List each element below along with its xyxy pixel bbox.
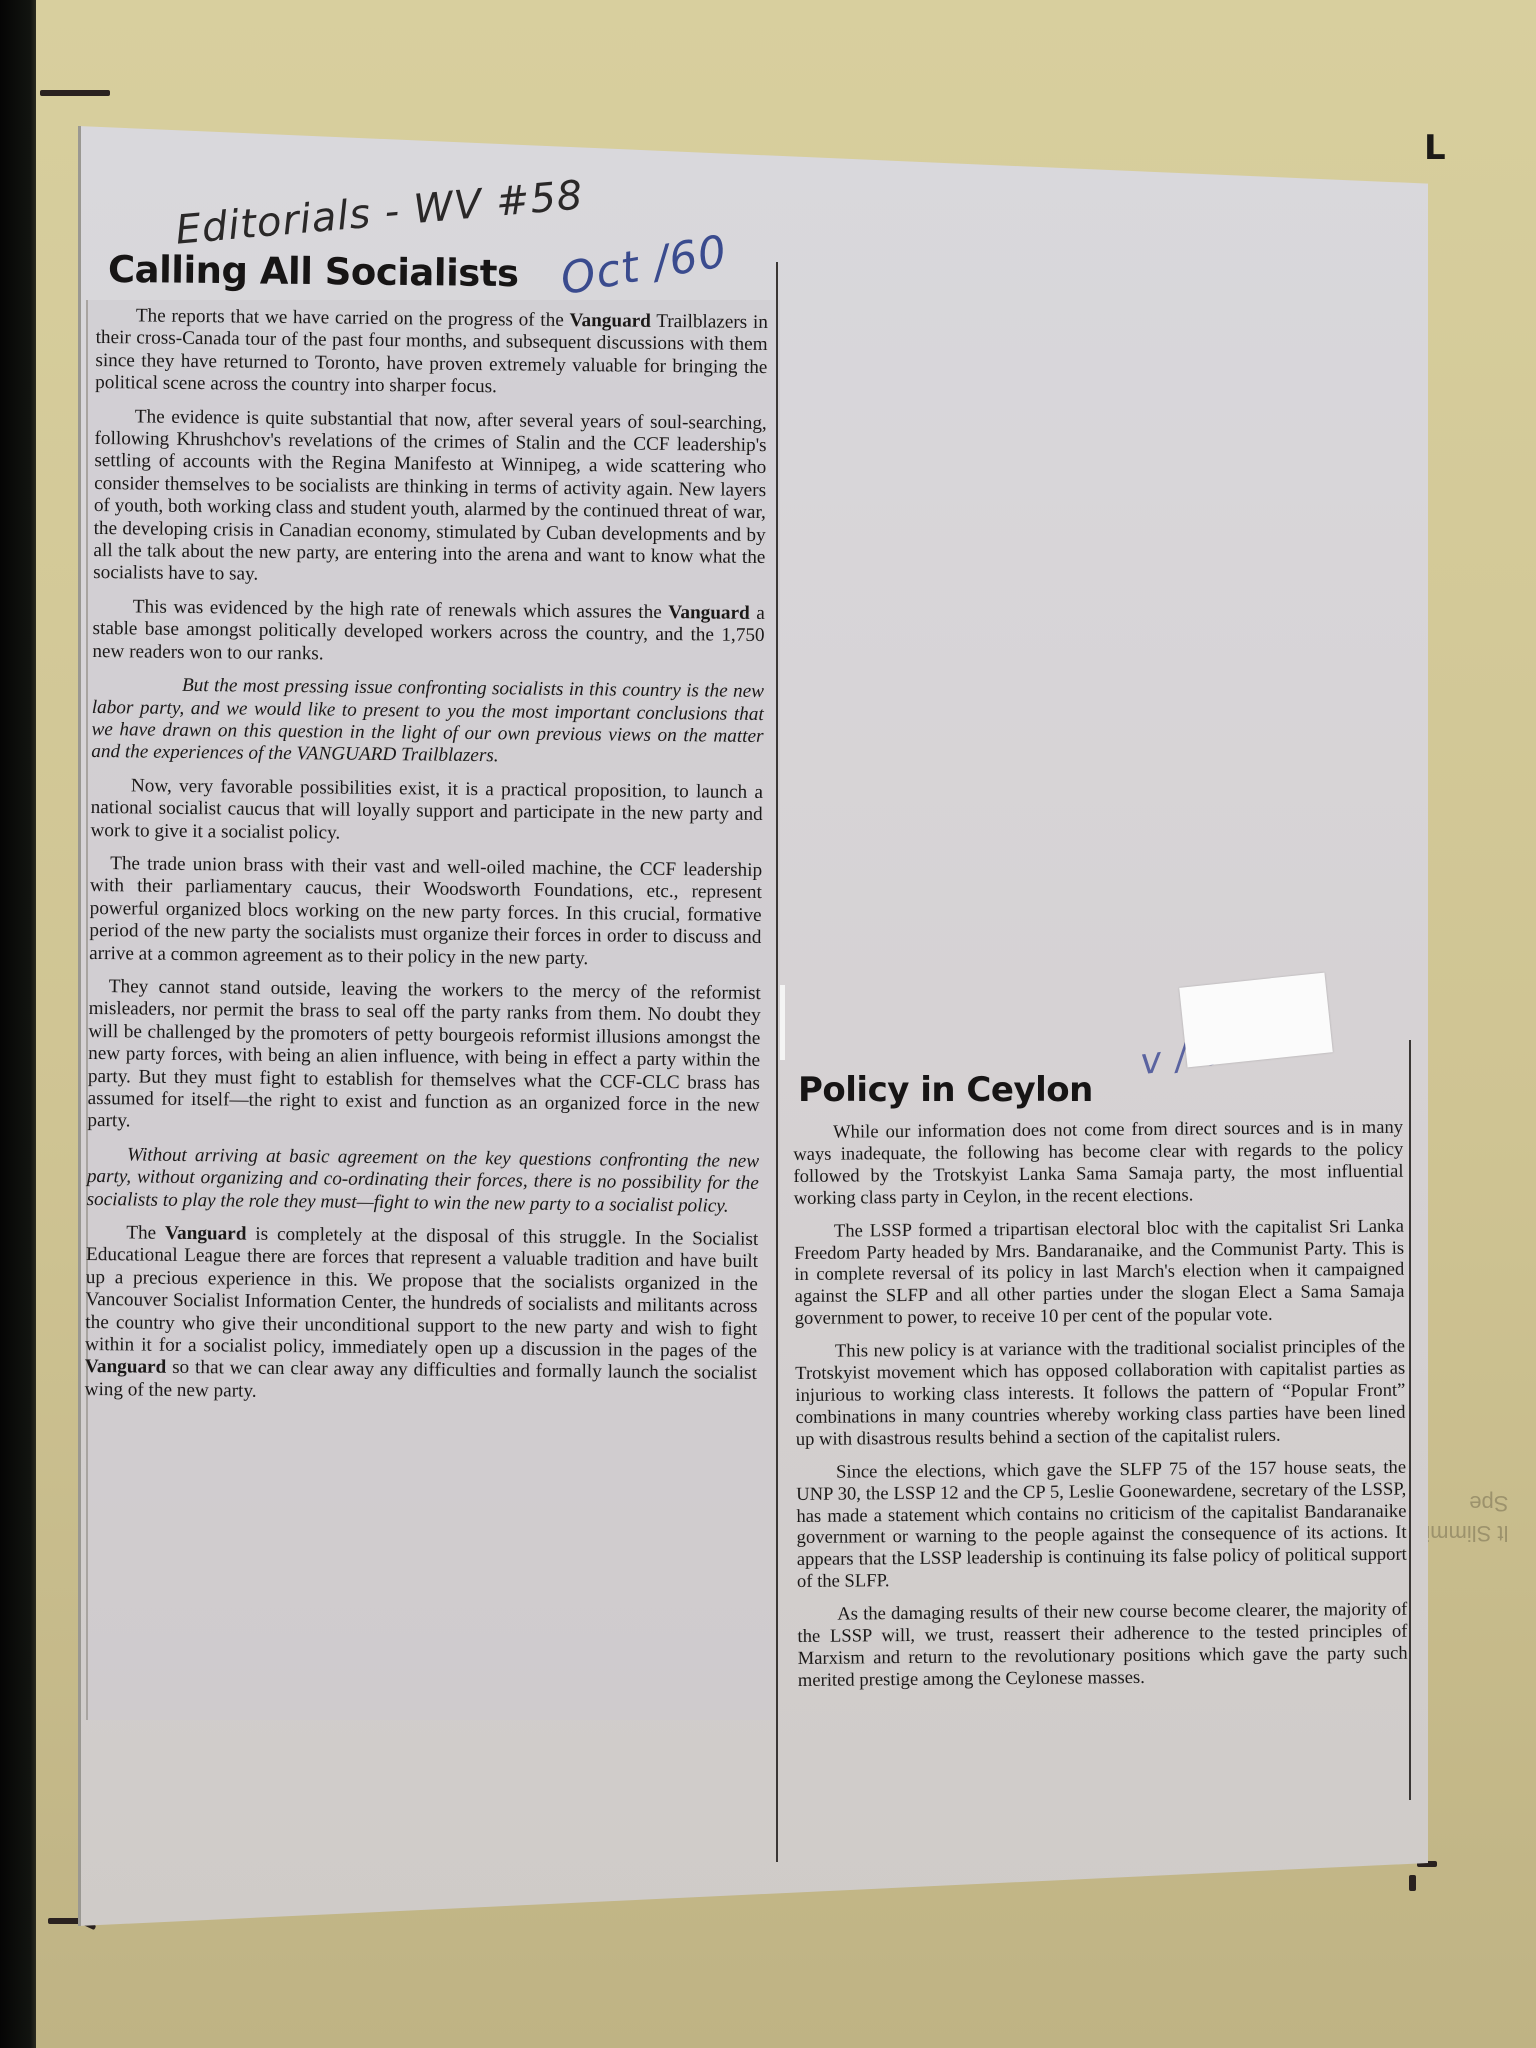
- column-rule-left: [776, 262, 778, 1862]
- paragraph: They cannot stand outside, leaving the w…: [87, 976, 761, 1140]
- paragraph: The LSSP formed a tripartisan electoral …: [794, 1215, 1405, 1330]
- paragraph: The Vanguard is completely at the dispos…: [85, 1222, 759, 1408]
- headline-policy-in-ceylon: Policy in Ceylon: [798, 1070, 1093, 1110]
- white-correction-patch: [1179, 973, 1333, 1068]
- headline-calling-all-socialists: Calling All Socialists: [108, 248, 519, 295]
- dark-left-edge: [0, 0, 36, 2048]
- paragraph-italic: Without arriving at basic agreement on t…: [87, 1144, 760, 1218]
- registration-mark-top-left: [40, 90, 110, 96]
- registration-mark-bottom-right-stem: [1409, 1875, 1416, 1891]
- tape-glare: [780, 985, 785, 1060]
- paragraph: While our information does not come from…: [793, 1117, 1404, 1210]
- paragraph: The reports that we have carried on the …: [95, 305, 768, 402]
- registration-mark-bottom-left: [48, 1918, 80, 1924]
- paragraph: Now, very favorable possibilities exist,…: [90, 775, 763, 849]
- paragraph: This new policy is at variance with the …: [795, 1336, 1406, 1451]
- article-policy-in-ceylon: While our information does not come from…: [793, 1117, 1408, 1703]
- corner-mark: L: [1424, 128, 1446, 168]
- paragraph: The trade union brass with their vast an…: [89, 853, 762, 972]
- paragraph: The evidence is quite substantial that n…: [93, 406, 767, 592]
- column-rule-right: [1409, 1040, 1411, 1800]
- paper-edge: [78, 126, 81, 1926]
- paragraph: As the damaging results of their new cou…: [797, 1599, 1408, 1692]
- show-through-text: lt Slimmir Spe: [1418, 1488, 1508, 1548]
- paragraph: Since the elections, which gave the SLFP…: [796, 1456, 1407, 1593]
- article-calling-all-socialists: The reports that we have carried on the …: [84, 305, 768, 1419]
- paragraph: This was evidenced by the high rate of r…: [92, 596, 765, 670]
- paragraph-italic: But the most pressing issue confronting …: [91, 674, 764, 771]
